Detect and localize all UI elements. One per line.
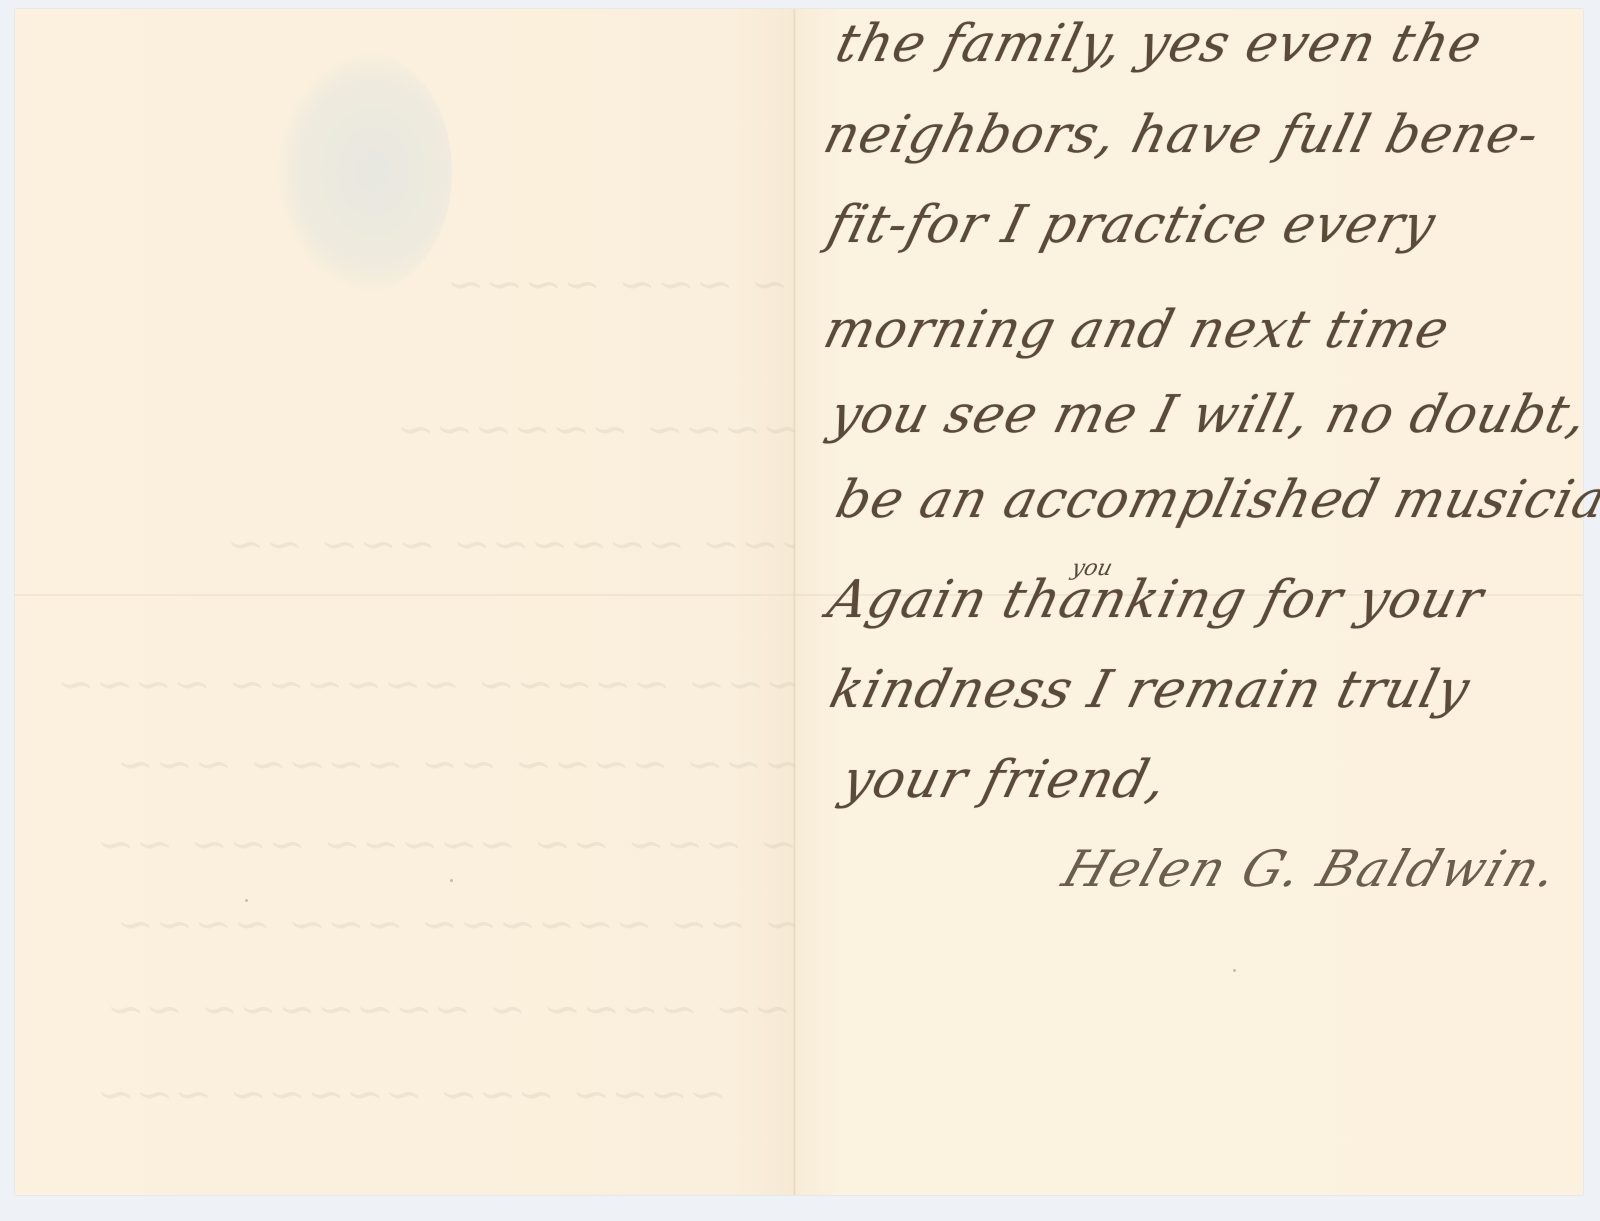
bleed-line: ~~~ ~~~~ ~~ ~~~~ ~~~ bbox=[110, 739, 807, 790]
letter-line-9: your friend, bbox=[836, 750, 1173, 810]
letter-line-5: you see me I will, no doubt, bbox=[824, 385, 1594, 445]
bleed-line: ~~~ ~~~~ ~ ~~~~~~~ ~~ bbox=[100, 984, 836, 1035]
letter-line-4: morning and next time bbox=[818, 300, 1456, 360]
paper-speck bbox=[450, 879, 453, 882]
letter-line-1: the family, yes even the bbox=[830, 14, 1488, 74]
signature: Helen G. Baldwin. bbox=[1056, 840, 1567, 898]
letter-line-2: neighbors, have full bene- bbox=[818, 105, 1545, 165]
center-fold bbox=[793, 9, 796, 1195]
bleed-line: ~~~ ~~~~~~ ~~~ ~~ bbox=[220, 519, 823, 570]
bleed-line: ~~~~ ~~~ ~~~~~ ~~~ bbox=[90, 1069, 732, 1120]
paper-speck bbox=[245, 899, 248, 902]
bleed-line: ~~~~ ~~~~~ ~~~~~~ ~~~~ bbox=[50, 659, 847, 710]
bleed-line: ~~ ~~ ~~~~~~ ~~~ ~~~~ bbox=[110, 899, 846, 950]
scan-background: ~~ ~~~ ~~~~ ~~ ~~~~ ~~~~~~ ~~~ ~~~~~~ ~~… bbox=[0, 0, 1600, 1221]
letter-line-7: Again thanking for your bbox=[822, 570, 1490, 630]
handwritten-text: the family, yes even the neighbors, have… bbox=[800, 0, 1580, 1221]
bleed-line: ~ ~~~ ~~ ~~~~~ ~~~ ~~ bbox=[90, 819, 803, 870]
embossed-seal-bleed-through bbox=[277, 52, 452, 292]
letter-line-6: be an accomplished musician. bbox=[830, 470, 1600, 530]
letter-line-3: fit-for I practice every bbox=[822, 195, 1442, 255]
bleed-line: ~~ ~~~ ~~~~ bbox=[440, 259, 833, 310]
left-page: ~~ ~~~ ~~~~ ~~ ~~~~ ~~~~~~ ~~~ ~~~~~~ ~~… bbox=[15, 9, 795, 1195]
letter-line-8: kindness I remain truly bbox=[824, 660, 1476, 720]
